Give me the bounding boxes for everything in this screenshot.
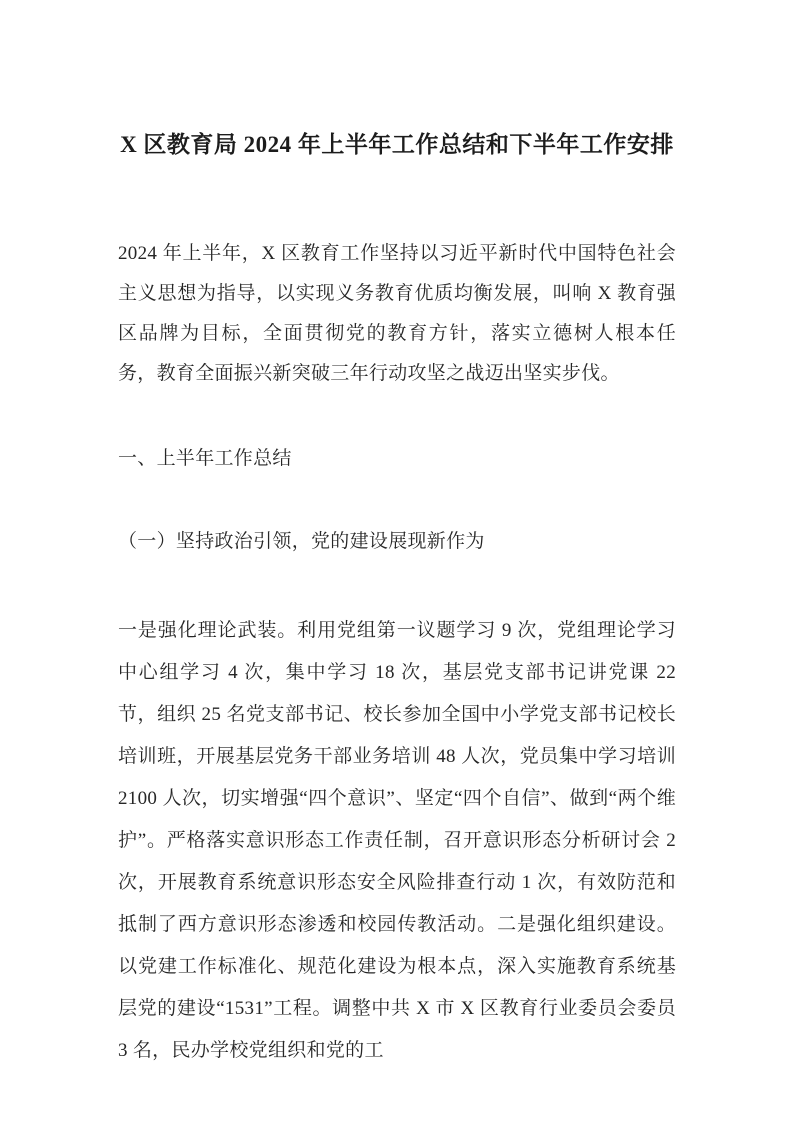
document-page: X 区教育局 2024 年上半年工作总结和下半年工作安排 2024 年上半年，X… (0, 0, 793, 1122)
section-heading-first-half-summary: 一、上半年工作总结 (118, 439, 676, 479)
subsection-heading-party-building: （一）坚持政治引领，党的建设展现新作为 (118, 522, 676, 562)
intro-paragraph: 2024 年上半年，X 区教育工作坚持以习近平新时代中国特色社会主义思想为指导，… (118, 234, 676, 394)
document-title: X 区教育局 2024 年上半年工作总结和下半年工作安排 (118, 0, 676, 162)
body-paragraph: 一是强化理论武装。利用党组第一议题学习 9 次，党组理论学习中心组学习 4 次，… (118, 610, 676, 1072)
